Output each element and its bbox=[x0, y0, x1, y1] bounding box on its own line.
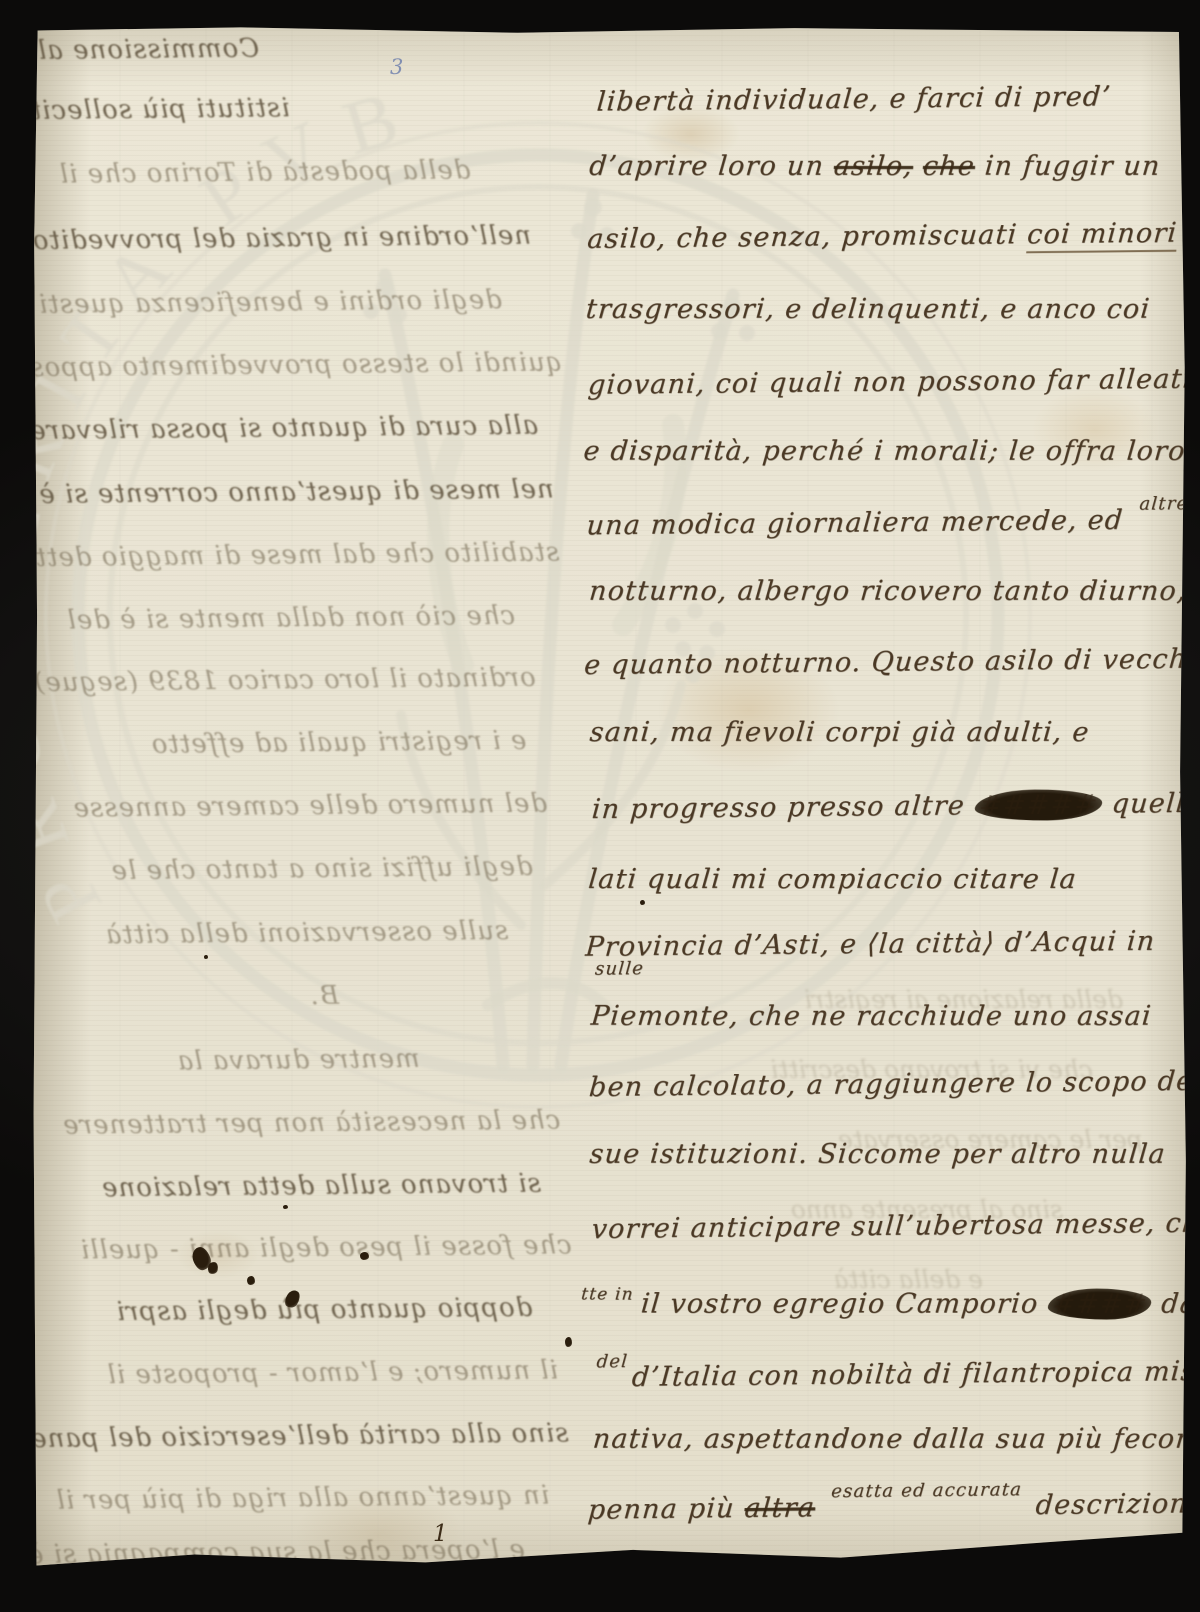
manuscript-line: lati quali mi compiaccio citare la bbox=[587, 864, 1078, 895]
manuscript-segment-blotword: #### bbox=[1047, 1289, 1153, 1320]
ink-blot bbox=[640, 900, 645, 905]
bottom-tick-mark: 1 bbox=[433, 1521, 448, 1547]
manuscript-segment: nativa, aspettandone dalla sua più fecon… bbox=[592, 1424, 1200, 1455]
manuscript-line: sue istituzioni. Siccome per altro nulla bbox=[588, 1139, 1167, 1170]
manuscript-segment-marg: tte in bbox=[580, 1285, 634, 1305]
scanned-manuscript-page: PROSPERITA PVB Commissione alle sueistit… bbox=[0, 0, 1200, 1612]
manuscript-line: giovani, coi quali non possono far allea… bbox=[587, 364, 1194, 401]
manuscript-line: trasgressori, e delinquenti, e anco coi bbox=[585, 294, 1152, 325]
ink-blot bbox=[204, 955, 208, 959]
manuscript-segment-sup: altresì bbox=[1139, 493, 1200, 515]
manuscript-line: in progresso presso altre ##### quelli p… bbox=[591, 787, 1200, 825]
manuscript-segment: sani, ma fievoli corpi già adulti, e bbox=[588, 717, 1091, 748]
manuscript-text-column: libertà individuale, e farci di pred’d’a… bbox=[30, 22, 1191, 1583]
paper-sheet: PROSPERITA PVB Commissione alle sueistit… bbox=[33, 25, 1187, 1581]
manuscript-segment: vorrei anticipare sull’ubertosa messe, c… bbox=[591, 1207, 1200, 1245]
manuscript-segment bbox=[814, 1492, 826, 1523]
manuscript-segment: in progresso presso altre bbox=[591, 790, 976, 825]
ink-blot bbox=[360, 1252, 369, 1260]
manuscript-line: e disparità, perché i morali; le offra l… bbox=[582, 436, 1187, 467]
manuscript-line: e quanto notturno. Questo asilo di vecch… bbox=[583, 644, 1198, 681]
ink-blot bbox=[283, 1205, 288, 1209]
manuscript-line: tte inil vostro egregio Camporio #### da… bbox=[579, 1289, 1200, 1320]
manuscript-segment: quelli popo- bbox=[1101, 787, 1200, 820]
manuscript-segment: d’Asti, e ⟨la città⟩ d’Acqui in bbox=[724, 926, 1157, 962]
manuscript-segment: sue istituzioni. Siccome per altro nulla bbox=[588, 1139, 1167, 1170]
manuscript-segment-u: coi minori bbox=[1026, 218, 1179, 254]
manuscript-line: Provinciasulle d’Asti, e ⟨la città⟩ d’Ac… bbox=[584, 926, 1156, 963]
manuscript-segment: e disparità, perché i morali; le offra l… bbox=[582, 436, 1187, 467]
manuscript-line: ben calcolato, a raggiungere lo scopo de… bbox=[588, 1065, 1200, 1103]
blue-page-number: 3 bbox=[390, 55, 403, 79]
manuscript-segment: asilo, che senza, promiscuati bbox=[586, 219, 1028, 255]
manuscript-segment: notturno, albergo ricovero tanto diurno, bbox=[588, 576, 1188, 607]
manuscript-line: vorrei anticipare sull’ubertosa messe, c… bbox=[591, 1207, 1200, 1245]
manuscript-line: d’aprire loro un asilo, che in fuggir un bbox=[588, 151, 1162, 182]
ink-blot bbox=[565, 1337, 572, 1347]
manuscript-segment: d’Italia con nobiltà di filantropica mis… bbox=[631, 1354, 1200, 1393]
manuscript-line: sani, ma fievoli corpi già adulti, e bbox=[588, 717, 1091, 748]
manuscript-segment: dall’altro bbox=[1150, 1289, 1200, 1320]
manuscript-segment-strike: asilo, bbox=[833, 151, 915, 182]
manuscript-segment: e quanto notturno. Questo asilo di vecch… bbox=[583, 644, 1198, 681]
manuscript-segment: giovani, coi quali non possono far allea… bbox=[587, 364, 1194, 401]
manuscript-segment-strike: altra bbox=[743, 1492, 816, 1524]
ink-blot bbox=[247, 1276, 255, 1285]
manuscript-segment-sup: del bbox=[596, 1351, 629, 1372]
manuscript-line: una modica giornaliera mercede, ed altre… bbox=[585, 502, 1200, 541]
manuscript-line: nativa, aspettandone dalla sua più fecon… bbox=[592, 1424, 1200, 1455]
manuscript-line: Piemonte, che ne racchiude uno assai bbox=[590, 1001, 1153, 1032]
manuscript-line: penna più altra esatta ed accurata descr… bbox=[587, 1486, 1200, 1526]
manuscript-segment: ben calcolato, a raggiungere lo scopo de… bbox=[588, 1065, 1200, 1103]
manuscript-segment: in fuggir un bbox=[974, 151, 1162, 182]
manuscript-line: notturno, albergo ricovero tanto diurno, bbox=[588, 576, 1188, 607]
manuscript-segment-sup: esatta ed accurata bbox=[830, 1479, 1023, 1502]
manuscript-segment: il vostro egregio Camporio bbox=[640, 1289, 1050, 1320]
manuscript-line: libertà individuale, e farci di pred’ bbox=[596, 81, 1113, 117]
manuscript-segment: Piemonte, che ne racchiude uno assai bbox=[590, 1001, 1153, 1032]
manuscript-segment-strike: che bbox=[922, 151, 977, 182]
manuscript-segment: trasgressori, e delinquenti, e anco coi bbox=[585, 294, 1152, 325]
manuscript-segment: descrizione, e siccome non bbox=[1025, 1486, 1200, 1521]
manuscript-segment: libertà individuale, e farci di pred’ bbox=[596, 81, 1113, 117]
manuscript-segment: una modica giornaliera mercede, ed bbox=[585, 505, 1134, 542]
manuscript-line: deld’Italia con nobiltà di filantropica … bbox=[589, 1354, 1200, 1393]
manuscript-segment: penna più bbox=[587, 1493, 746, 1526]
manuscript-line: asilo, che senza, promiscuati coi minori bbox=[586, 218, 1178, 255]
manuscript-segment: lati quali mi compiaccio citare la bbox=[587, 864, 1078, 895]
manuscript-segment: d’aprire loro un bbox=[588, 151, 835, 182]
manuscript-segment-blotword: ##### bbox=[974, 789, 1104, 821]
